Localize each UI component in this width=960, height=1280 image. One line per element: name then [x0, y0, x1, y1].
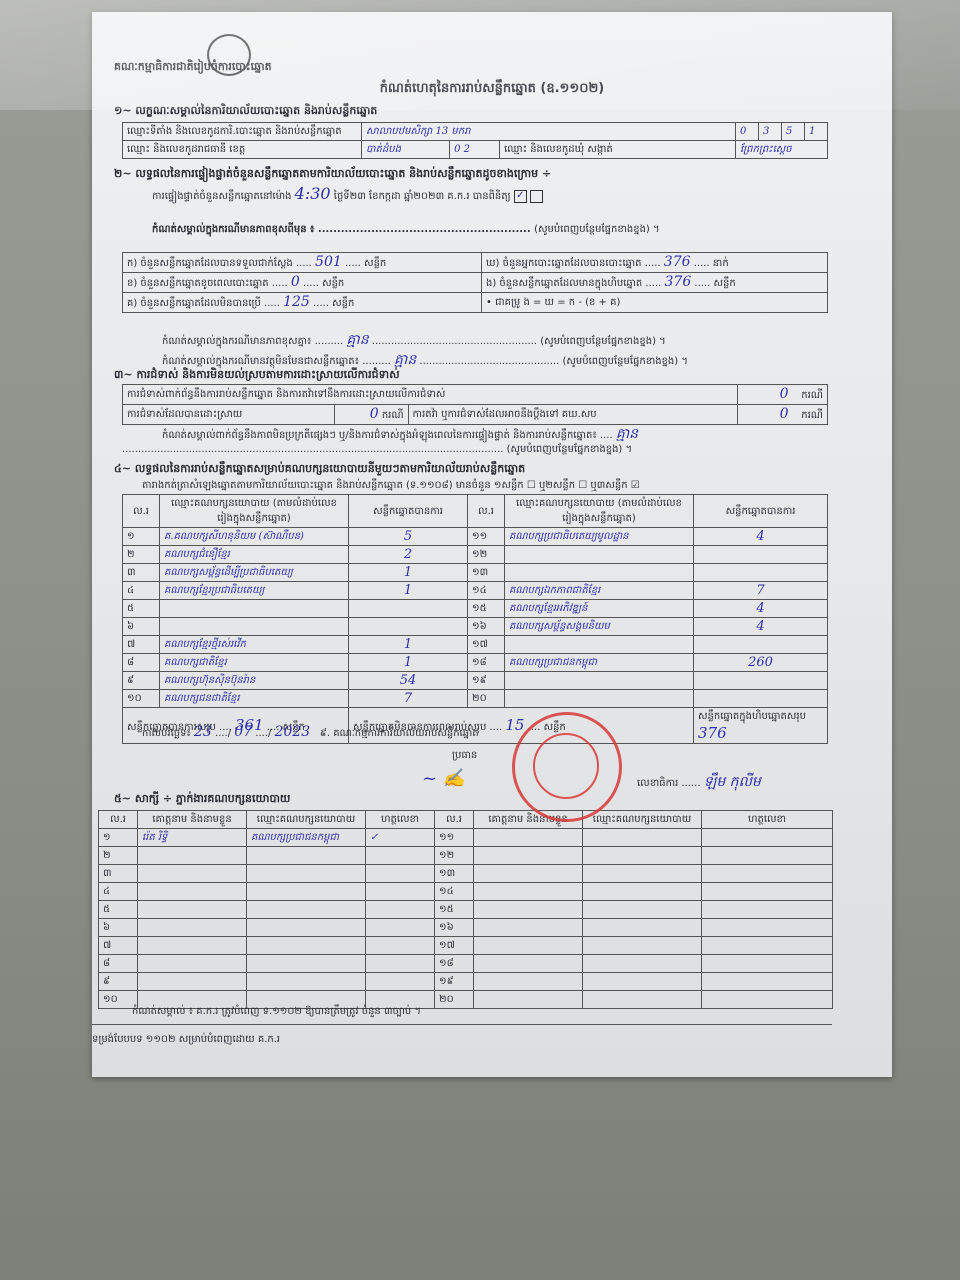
results-row: ៦១៦គណបក្សសម្ព័ន្ធសង្គមនិយម4: [123, 618, 828, 636]
witness-row: ៥១៥: [99, 901, 833, 919]
official-stamp: [512, 712, 622, 822]
province-code: 0 2: [450, 141, 500, 159]
section5-heading: ៥~ សាក្សី ÷ ភ្នាក់ងារគណបក្សនយោបាយ: [114, 792, 290, 808]
verification-time-line: ការផ្ទៀងផ្ទាត់ចំនួនសន្លឹកឆ្នោតនៅម៉ោង 4:3…: [152, 184, 543, 204]
count-row: គ) ចំនួនសន្លឹកឆ្នោតដែលមិនបានប្រើ ..... 1…: [123, 293, 482, 313]
results-row: ៩គណបក្សហ៊ុនស៊ិនប៊ុនរ៉ាន54១៩: [123, 672, 828, 690]
results-row: ៤គណបក្សខ្មែរប្រជាធិបតេយ្យ1១៤គណបក្សឯកភាពជ…: [123, 582, 828, 600]
difference-note-line: កំណត់សម្គាល់ក្នុងករណីមានភាពខុសពីមុន ៖ ..…: [152, 222, 660, 237]
formula-row: • ជាគម្រូ ង = ឃ = ក - (ខ + គ): [482, 293, 828, 313]
results-row: ៧គណបក្សខ្មែរថ្មីរស់រវើក1១៧: [123, 636, 828, 654]
date-line: កាលបរិច្ឆេទ៖ 23 ..../ 07 ..../ 2023 ៩. គ…: [142, 724, 479, 741]
results-row: ១០គណបក្សជនជាតិខ្មែរ7២០: [123, 690, 828, 708]
objections-count: 0: [780, 386, 789, 402]
polling-station-name: សាលាបឋមសិក្សា 13 មករា: [362, 123, 736, 141]
chair-label: ប្រធាន: [452, 748, 477, 763]
count-row: ឃ) ចំនួនអ្នកបោះឆ្នោតដែលបានបោះឆ្នោត .....…: [482, 253, 828, 273]
section2-counts-table: ក) ចំនួនសន្លឹកឆ្នោតដែលបានទទួលជាក់ស្ដែង .…: [122, 252, 828, 313]
footnote: កំណត់សម្គាល់ ៖ គ.ក.រ ត្រូវបំពេញ ទ.១១០២ ឱ…: [132, 1004, 421, 1019]
secretary-line: លេខាធិការ ...... ឡឹម កុលីម: [637, 772, 761, 793]
appeal-count: 0: [780, 406, 789, 422]
section1-table: ឈ្មោះទីតាំង និងលេខកូដការិ.បោះឆ្នោត និងរា…: [122, 122, 828, 159]
results-row: ៣គណបក្សសម្ព័ន្ធដើម្បីប្រជាធិបតេយ្យ1១៣: [123, 564, 828, 582]
witness-row: ២១២: [99, 847, 833, 865]
count-row: ខ) ចំនួនសន្លឹកឆ្នោតខូចពេលបោះឆ្នោត ..... …: [123, 273, 482, 293]
witness-row: ៤១៤: [99, 883, 833, 901]
organization-name: គណៈកម្មាធិការជាតិរៀបចំការបោះឆ្នោត: [114, 60, 272, 76]
section3-heading: ៣~ ការជំទាស់ និងការមិនយល់ស្របតាមការដោះស្…: [114, 368, 400, 384]
chair-signature: ~ ✍: [422, 768, 465, 789]
commune-name: ព្រែកព្រះស្ដេច: [736, 141, 828, 159]
results-row: ៨គណបក្សជាតិខ្មែរ1១៨គណបក្សប្រជាជនកម្ពុជា2…: [123, 654, 828, 672]
witness-row: ៩១៩: [99, 973, 833, 991]
form-title: កំណត់ហេតុនៃការរាប់សន្លឹកឆ្នោត (ឧ.១១០២): [92, 80, 892, 99]
section1-heading: ១~ លក្ខណៈសម្គាល់នៃការិយាល័យបោះឆ្នោត និងរ…: [114, 104, 377, 120]
election-form-paper: គណៈកម្មាធិការជាតិរៀបចំការបោះឆ្នោត កំណត់ហ…: [92, 12, 892, 1077]
checkbox-different: [530, 190, 543, 203]
section2-heading: ២~ លទ្ធផលនៃការផ្ទៀងផ្ទាត់ចំនួនសន្លឹកឆ្នោ…: [114, 167, 551, 183]
witness-row: ៧១៧: [99, 937, 833, 955]
section4-heading: ៤~ លទ្ធផលនៃការរាប់សន្លឹកឆ្នោតសម្រាប់គណបក…: [114, 462, 525, 478]
difference-note: កំណត់សម្គាល់ក្នុងករណីមានភាពខុសគ្នា៖ ....…: [162, 330, 666, 351]
resolved-count: 0: [370, 406, 379, 422]
results-row: ១គ.គណបក្សសីហនុនិយម (ស៊ាណឺបន)5១១គណបក្សប្រ…: [123, 528, 828, 546]
count-row: ង) ចំនួនសន្លឹកឆ្នោតដែលមានក្នុងហិបឆ្នោត .…: [482, 273, 828, 293]
witness-row: ៣១៣: [99, 865, 833, 883]
section4-subheading: តារាងកត់ត្រាសំឡេងឆ្នោតតាមការិយាល័យបោះឆ្ន…: [142, 478, 640, 493]
box-total: 376: [698, 724, 727, 742]
count-row: ក) ចំនួនសន្លឹកឆ្នោតដែលបានទទួលជាក់ស្ដែង .…: [123, 253, 482, 273]
verification-time: 4:30: [295, 184, 331, 203]
secretary-signature: ឡឹម កុលីម: [704, 774, 761, 790]
results-row: ៥១៥គណបក្សខ្មែរអភិវឌ្ឍន៍4: [123, 600, 828, 618]
province-name: បាត់ដំបង: [362, 141, 450, 159]
label: ឈ្មោះទីតាំង និងលេខកូដការិ.បោះឆ្នោត និងរា…: [123, 123, 362, 141]
results-row: ២គណបក្សជំនឿខ្មែរ2១២: [123, 546, 828, 564]
witness-row: ៦១៦: [99, 919, 833, 937]
invalid-total: 15: [505, 716, 524, 734]
checkbox-same: ✓: [514, 190, 527, 203]
section3-table: ការជំទាស់ពាក់ព័ន្ធនឹងការរាប់សន្លឹកឆ្នោត …: [122, 384, 828, 425]
witness-row: ១រ៉េត រិទ្ធិគណបក្សប្រជាជនកម្ពុជា✓១១: [99, 829, 833, 847]
party-results-table: ល.រ ឈ្មោះគណបក្សនយោបាយ (តាមលំដាប់លេខរៀងក្…: [122, 494, 828, 744]
form-footer: ទម្រង់បែបបទ ១១០២ សម្រាប់បំពេញដោយ គ.ក.រ: [92, 1032, 280, 1047]
witness-table: ល.រ គោត្តនាម និងនាមខ្លួន ឈ្មោះគណបក្សនយោប…: [98, 810, 833, 1009]
divider: [92, 1024, 832, 1025]
witness-row: ៨១៨: [99, 955, 833, 973]
